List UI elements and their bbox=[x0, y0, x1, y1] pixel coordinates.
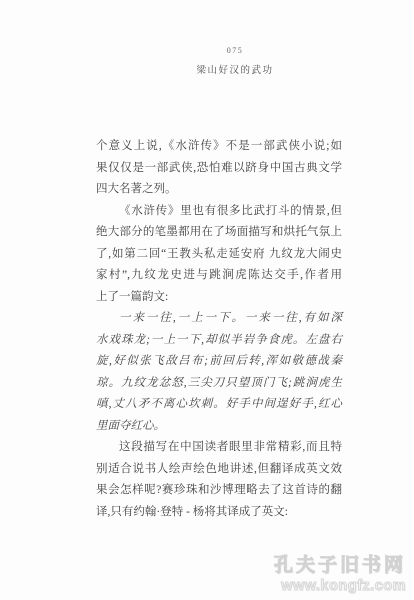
text-line: 《水浒传》里也有很多比武打斗的情景,但 bbox=[96, 201, 342, 223]
watermark: 孔夫子旧书网 www.kongfz.com bbox=[274, 550, 406, 594]
text-line: 水戏珠龙;一上一下,却似半岩争食虎。左盘右 bbox=[96, 330, 342, 352]
text-line: 家村”,九纹龙史进与跳涧虎陈达交手,作者用 bbox=[96, 265, 342, 287]
text-line: 嗔,丈八矛不离心坎刺。好手中间逞好手,红心 bbox=[96, 394, 342, 416]
book-page: 075 梁山好汉的武功 个意义上说,《水浒传》不是一部武侠小说;如果仅仅是一部武… bbox=[0, 0, 414, 600]
text-line: 琼。九纹龙忿怒,三尖刀只望顶门飞;跳涧虎生 bbox=[96, 373, 342, 395]
text-line: 个意义上说,《水浒传》不是一部武侠小说;如 bbox=[96, 136, 342, 158]
watermark-site-name: 孔夫子旧书网 bbox=[274, 550, 406, 577]
text-line: 译,只有约翰·登特 - 杨将其译成了英文: bbox=[96, 502, 342, 524]
page-number: 075 bbox=[28, 46, 414, 55]
text-line: 里面夺红心。 bbox=[96, 416, 342, 438]
text-line: 上了一篇韵文: bbox=[96, 287, 342, 309]
body-text: 个意义上说,《水浒传》不是一部武侠小说;如果仅仅是一部武侠,恐怕难以跻身中国古典… bbox=[96, 136, 342, 523]
text-line: 了,如第二回“王教头私走延安府 九纹龙大闹史 bbox=[96, 244, 342, 266]
text-line: 四大名著之列。 bbox=[96, 179, 342, 201]
text-line: 一来一往,一上一下。一来一往,有如深 bbox=[96, 308, 342, 330]
text-line: 别适合说书人绘声绘色地讲述,但翻译成英文效 bbox=[96, 459, 342, 481]
page-header: 075 梁山好汉的武功 bbox=[28, 46, 414, 76]
text-line: 绝大部分的笔墨都用在了场面描写和烘托气氛上 bbox=[96, 222, 342, 244]
text-line: 旋,好似张飞敌吕布;前回后转,浑如敬德战秦 bbox=[96, 351, 342, 373]
text-line: 这段描写在中国读者眼里非常精彩,而且特 bbox=[96, 437, 342, 459]
watermark-site-url: www.kongfz.com bbox=[274, 578, 406, 594]
chapter-title: 梁山好汉的武功 bbox=[28, 62, 414, 76]
text-line: 果仅仅是一部武侠,恐怕难以跻身中国古典文学 bbox=[96, 158, 342, 180]
text-line: 果会怎样呢?赛珍珠和沙博理略去了这首诗的翻 bbox=[96, 480, 342, 502]
